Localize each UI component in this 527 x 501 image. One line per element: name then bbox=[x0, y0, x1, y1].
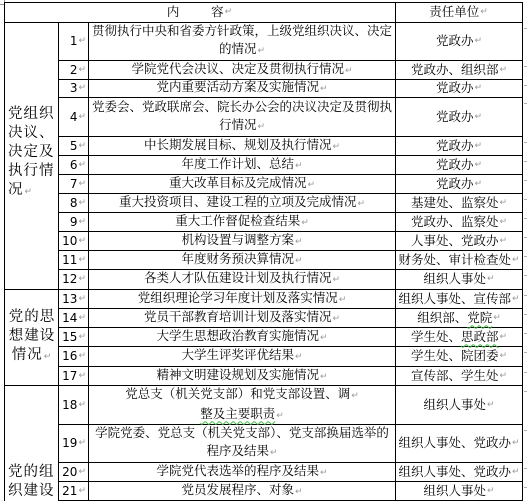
row-content: 大学生思想政治教育实施情况↵ bbox=[90, 327, 394, 346]
row-number-text: 6 bbox=[70, 156, 78, 174]
unit-text: 学生处、院团委 bbox=[411, 347, 499, 365]
content-text: 年度财务预决算情况 bbox=[181, 251, 294, 266]
paragraph-mark-icon: ↵ bbox=[295, 161, 303, 171]
content-text: 各类人才队伍建设计划及执行情况 bbox=[144, 270, 332, 285]
row-number: 2↵ bbox=[58, 60, 88, 79]
row-responsible-unit: 党政办↵ bbox=[396, 155, 522, 174]
row-responsible-unit: 党政办↵ bbox=[396, 22, 522, 60]
paragraph-mark-icon: ↵ bbox=[493, 309, 501, 327]
table-row: 3↵党内重要活动方案及实施情况↵党政办↵ bbox=[0, 79, 527, 97]
paragraph-mark-icon: ↵ bbox=[332, 275, 340, 285]
paragraph-mark-icon: ↵ bbox=[78, 270, 86, 288]
unit-text: 党政办、监察处 bbox=[411, 213, 499, 231]
row-content: 大学生评奖评优结果↵ bbox=[90, 346, 394, 366]
unit-text: 组织人事处 bbox=[423, 396, 486, 414]
table-row: 6↵年度工作计划、总结↵党政办↵ bbox=[0, 155, 527, 174]
unit-text: 党政办、组织部 bbox=[411, 61, 499, 79]
row-number-text: 9 bbox=[70, 213, 78, 231]
paragraph-mark-icon: ↵ bbox=[499, 213, 507, 231]
row-content: 党员干部教育培训计划及落实情况↵ bbox=[90, 308, 394, 327]
paragraph-mark-icon: ↵ bbox=[512, 290, 520, 308]
row-responsible-unit: 党政办、监察处↵ bbox=[396, 212, 522, 231]
paragraph-mark-icon: ↵ bbox=[499, 232, 507, 250]
unit-text: 党政办 bbox=[436, 32, 474, 50]
paragraph-mark-icon: ↵ bbox=[332, 314, 340, 324]
unit-text: 组织人事处、党政办 bbox=[398, 463, 511, 481]
paragraph-mark-icon: ↵ bbox=[276, 411, 284, 421]
paragraph-mark-icon: ↵ bbox=[78, 290, 86, 308]
paragraph-mark-icon: ↵ bbox=[78, 156, 86, 174]
row-number: 6↵ bbox=[58, 155, 88, 174]
paragraph-mark-icon: ↵ bbox=[320, 333, 328, 343]
row-content: 重大投资项目、建设工程的立项及完成情况↵ bbox=[90, 193, 394, 212]
row-content: 机构设置与调整方案↵ bbox=[90, 231, 394, 250]
row-number-text: 1 bbox=[70, 32, 78, 50]
row-number-text: 10 bbox=[62, 232, 77, 250]
row-responsible-unit: 学生处、院团委↵ bbox=[396, 346, 522, 366]
unit-text: 组织部、 bbox=[417, 309, 467, 327]
paragraph-mark-icon: ↵ bbox=[78, 463, 86, 481]
unit-text: 学生处、 bbox=[411, 328, 461, 346]
paragraph-mark-icon: ↵ bbox=[78, 175, 86, 193]
row-number-text: 13 bbox=[62, 290, 77, 308]
paragraph-mark-icon: ↵ bbox=[474, 32, 482, 50]
row-number: 7↵ bbox=[58, 174, 88, 193]
content-text: 大学生评奖评优结果 bbox=[181, 347, 294, 362]
row-number: 10↵ bbox=[58, 231, 88, 250]
row-responsible-unit: 人事处、党政办↵ bbox=[396, 231, 522, 250]
paragraph-mark-icon: ↵ bbox=[474, 175, 482, 193]
table-row: 8↵重大投资项目、建设工程的立项及完成情况↵基建处、监察处↵ bbox=[0, 193, 527, 212]
paragraph-mark-icon: ↵ bbox=[78, 367, 86, 385]
table-row: 19↵学院党委、党总支（机关党支部）、党支部换届选举的程序及结果↵组织人事处、党… bbox=[0, 424, 527, 462]
row-number: 1↵ bbox=[58, 22, 88, 60]
paragraph-mark-icon: ↵ bbox=[499, 328, 507, 346]
row-number: 8↵ bbox=[58, 193, 88, 212]
paragraph-mark-icon: ↵ bbox=[270, 448, 278, 458]
row-responsible-unit: 组织人事处、党政办↵ bbox=[396, 462, 522, 481]
row-number: 3↵ bbox=[58, 79, 88, 97]
paragraph-mark-icon: ↵ bbox=[351, 391, 359, 401]
row-content: 年度工作计划、总结↵ bbox=[90, 155, 394, 174]
header-unit: 责任单位↵ bbox=[395, 2, 522, 22]
unit-text-flagged: 党院 bbox=[467, 309, 492, 327]
unit-text: 宣传部、学生处 bbox=[411, 367, 499, 385]
content-text: 党委会、党政联席会、院长办公会的决议决定及贯彻执行情况 bbox=[92, 99, 392, 132]
header-content-label: 内 容 bbox=[167, 3, 224, 21]
row-number: 13↵ bbox=[58, 289, 88, 308]
paragraph-mark-icon: ↵ bbox=[78, 347, 86, 365]
row-number-text: 16 bbox=[62, 347, 77, 365]
row-number-text: 7 bbox=[70, 175, 78, 193]
row-number: 12↵ bbox=[58, 269, 88, 289]
row-responsible-unit: 组织人事处、党政办↵ bbox=[396, 424, 522, 462]
content-text: 重大改革目标及完成情况 bbox=[169, 175, 307, 190]
row-number-text: 17 bbox=[62, 367, 77, 385]
content-text: 重大工作督促检查结果 bbox=[175, 213, 300, 228]
paragraph-mark-icon: ↵ bbox=[225, 3, 233, 21]
paragraph-mark-icon: ↵ bbox=[512, 463, 520, 481]
content-line: 党总支（机关党支部）和党支部设置、调 bbox=[125, 386, 350, 401]
row-number-text: 8 bbox=[70, 194, 78, 212]
paragraph-mark-icon: ↵ bbox=[345, 66, 353, 76]
paragraph-mark-icon: ↵ bbox=[499, 61, 507, 79]
paragraph-mark-icon: ↵ bbox=[257, 122, 265, 132]
paragraph-mark-icon: ↵ bbox=[78, 137, 86, 155]
paragraph-mark-icon: ↵ bbox=[512, 251, 520, 269]
content-text: 贯彻执行中央和省委方针政策，上级党组织决议、决定的情况 bbox=[92, 23, 392, 56]
row-responsible-unit: 党政办↵ bbox=[396, 174, 522, 193]
unit-text: 组织人事处、党政办 bbox=[398, 434, 511, 452]
unit-text: 党政办 bbox=[436, 79, 474, 97]
unit-text-flagged: 思政部 bbox=[461, 328, 499, 346]
row-content: 党内重要活动方案及实施情况↵ bbox=[90, 79, 394, 97]
row-responsible-unit: 组织部、党院↵ bbox=[396, 308, 522, 327]
table-row: 4↵党委会、党政联席会、院长办公会的决议决定及贯彻执行情况↵党政办↵ bbox=[0, 97, 527, 136]
row-content: 党员发展程序、对象↵ bbox=[90, 481, 394, 500]
table-row: 5↵中长期发展目标、规划及执行情况↵党政办↵ bbox=[0, 136, 527, 155]
row-number: 16↵ bbox=[58, 346, 88, 366]
unit-text: 组织人事处 bbox=[423, 270, 486, 288]
table-row: 12↵各类人才队伍建设计划及执行情况↵组织人事处↵ bbox=[0, 269, 527, 289]
content-text: 学院党代会决议、决定及贯彻执行情况 bbox=[131, 61, 344, 76]
paragraph-mark-icon: ↵ bbox=[78, 396, 86, 414]
row-number: 4↵ bbox=[58, 97, 88, 136]
paragraph-mark-icon: ↵ bbox=[487, 482, 495, 500]
table-row: 2↵学院党代会决议、决定及贯彻执行情况↵党政办、组织部↵ bbox=[0, 60, 527, 79]
paragraph-mark-icon: ↵ bbox=[295, 237, 303, 247]
paragraph-mark-icon: ↵ bbox=[78, 194, 86, 212]
paragraph-mark-icon: ↵ bbox=[295, 256, 303, 266]
paragraph-mark-icon: ↵ bbox=[357, 199, 365, 209]
unit-text: 党政办 bbox=[436, 156, 474, 174]
table-row: 10↵机构设置与调整方案↵人事处、党政办↵ bbox=[0, 231, 527, 250]
unit-text: 党政办 bbox=[436, 175, 474, 193]
content-text: 年度工作计划、总结 bbox=[181, 156, 294, 171]
table-row: 9↵重大工作督促检查结果↵党政办、监察处↵ bbox=[0, 212, 527, 231]
paragraph-mark-icon: ↵ bbox=[499, 347, 507, 365]
unit-text: 财务处、审计检查处 bbox=[398, 251, 511, 269]
paragraph-mark-icon: ↵ bbox=[332, 142, 340, 152]
content-text: 重大投资项目、建设工程的立项及完成情况 bbox=[119, 194, 357, 209]
row-number-text: 12 bbox=[62, 270, 77, 288]
paragraph-mark-icon: ↵ bbox=[474, 108, 482, 126]
paragraph-mark-icon: ↵ bbox=[487, 270, 495, 288]
row-number: 15↵ bbox=[58, 327, 88, 346]
row-number-text: 5 bbox=[70, 137, 78, 155]
content-text: 机构设置与调整方案 bbox=[181, 232, 294, 247]
paragraph-mark-icon: ↵ bbox=[78, 232, 86, 250]
table-row: 16↵大学生评奖评优结果↵学生处、院团委↵ bbox=[0, 346, 527, 366]
table-row: 17↵精神文明建设规划及实施情况↵宣传部、学生处↵ bbox=[0, 366, 527, 385]
content-line: 学院党委、党总支（机关党支部）、党支部换届选举的 bbox=[95, 425, 389, 440]
row-content: 各类人才队伍建设计划及执行情况↵ bbox=[90, 269, 394, 289]
row-responsible-unit: 基建处、监察处↵ bbox=[396, 193, 522, 212]
row-number-text: 11 bbox=[62, 251, 77, 269]
row-number: 19↵ bbox=[58, 424, 88, 462]
content-text: 党员发展程序、对象 bbox=[181, 482, 294, 497]
paragraph-mark-icon: ↵ bbox=[499, 367, 507, 385]
paragraph-mark-icon: ↵ bbox=[78, 251, 86, 269]
paragraph-mark-icon: ↵ bbox=[295, 352, 303, 362]
row-number: 20↵ bbox=[58, 462, 88, 481]
table-row: 14↵党员干部教育培训计划及落实情况↵组织部、党院↵ bbox=[0, 308, 527, 327]
row-content: 年度财务预决算情况↵ bbox=[90, 250, 394, 269]
paragraph-mark-icon: ↵ bbox=[320, 372, 328, 382]
paragraph-mark-icon: ↵ bbox=[307, 180, 315, 190]
unit-text: 党政办 bbox=[436, 137, 474, 155]
unit-text: 基建处、监察处 bbox=[411, 194, 499, 212]
row-number-text: 19 bbox=[62, 434, 77, 452]
row-content: 重大工作督促检查结果↵ bbox=[90, 212, 394, 231]
paragraph-mark-icon: ↵ bbox=[474, 156, 482, 174]
row-number: 5↵ bbox=[58, 136, 88, 155]
row-number-text: 18 bbox=[62, 396, 77, 414]
unit-text: 组织人事处、宣传部 bbox=[398, 290, 511, 308]
paragraph-mark-icon: ↵ bbox=[320, 468, 328, 478]
paragraph-mark-icon: ↵ bbox=[499, 194, 507, 212]
row-responsible-unit: 组织人事处↵ bbox=[396, 269, 522, 289]
unit-text: 组织人事处 bbox=[423, 482, 486, 500]
paragraph-mark-icon: ↵ bbox=[512, 434, 520, 452]
disclosure-table-document: 内 容↵ 责任单位↵ 党组织 决议、 决定及 执行情 况↵ 党的思 想建设 情况… bbox=[0, 0, 527, 501]
paragraph-mark-icon: ↵ bbox=[301, 218, 309, 228]
paragraph-mark-icon: ↵ bbox=[320, 84, 328, 94]
row-responsible-unit: 党政办、组织部↵ bbox=[396, 60, 522, 79]
table-row: 13↵党组织理论学习年度计划及落实情况↵组织人事处、宣传部↵ bbox=[0, 289, 527, 308]
content-text: 大学生思想政治教育实施情况 bbox=[156, 328, 319, 343]
paragraph-mark-icon: ↵ bbox=[474, 137, 482, 155]
row-number-text: 2 bbox=[70, 61, 78, 79]
content-text: 精神文明建设规划及实施情况 bbox=[156, 367, 319, 382]
row-responsible-unit: 组织人事处、宣传部↵ bbox=[396, 289, 522, 308]
paragraph-mark-icon: ↵ bbox=[78, 61, 86, 79]
row-content: 党组织理论学习年度计划及落实情况↵ bbox=[90, 289, 394, 308]
row-content: 中长期发展目标、规划及执行情况↵ bbox=[90, 136, 394, 155]
row-content: 学院党代表选举的程序及结果↵ bbox=[90, 462, 394, 481]
row-number-text: 14 bbox=[62, 309, 77, 327]
paragraph-mark-icon: ↵ bbox=[78, 32, 86, 50]
content-line: 程序及结果 bbox=[206, 443, 269, 458]
content-text: 学院党代表选举的程序及结果 bbox=[156, 463, 319, 478]
row-responsible-unit: 组织人事处↵ bbox=[396, 481, 522, 500]
row-content: 贯彻执行中央和省委方针政策，上级党组织决议、决定的情况↵ bbox=[90, 22, 394, 60]
row-number: 11↵ bbox=[58, 250, 88, 269]
row-content: 党总支（机关党支部）和党支部设置、调↵整及主要职责↵ bbox=[90, 385, 394, 424]
table-row: 21↵党员发展程序、对象↵组织人事处↵ bbox=[0, 481, 527, 500]
row-number: 9↵ bbox=[58, 212, 88, 231]
table-row: 7↵重大改革目标及完成情况↵党政办↵ bbox=[0, 174, 527, 193]
row-content: 重大改革目标及完成情况↵ bbox=[90, 174, 394, 193]
row-responsible-unit: 学生处、思政部↵ bbox=[396, 327, 522, 346]
row-responsible-unit: 党政办↵ bbox=[396, 79, 522, 97]
paragraph-mark-icon: ↵ bbox=[78, 482, 86, 500]
row-number: 17↵ bbox=[58, 366, 88, 385]
row-content: 学院党委、党总支（机关党支部）、党支部换届选举的程序及结果↵ bbox=[90, 424, 394, 462]
content-text: 党员干部教育培训计划及落实情况 bbox=[144, 309, 332, 324]
row-number: 14↵ bbox=[58, 308, 88, 327]
paragraph-mark-icon: ↵ bbox=[78, 328, 86, 346]
row-number-text: 20 bbox=[62, 463, 77, 481]
content-text: 党组织理论学习年度计划及落实情况 bbox=[138, 290, 338, 305]
paragraph-mark-icon: ↵ bbox=[78, 108, 86, 126]
paragraph-mark-icon: ↵ bbox=[474, 79, 482, 97]
row-responsible-unit: 组织人事处↵ bbox=[396, 385, 522, 424]
row-responsible-unit: 宣传部、学生处↵ bbox=[396, 366, 522, 385]
row-number-text: 4 bbox=[70, 108, 78, 126]
paragraph-mark-icon: ↵ bbox=[339, 295, 347, 305]
content-text: 党内重要活动方案及实施情况 bbox=[156, 79, 319, 94]
row-responsible-unit: 党政办↵ bbox=[396, 97, 522, 136]
content-line: 整及主要职责 bbox=[200, 406, 275, 421]
unit-text: 党政办 bbox=[436, 108, 474, 126]
paragraph-mark-icon: ↵ bbox=[487, 396, 495, 414]
header-unit-label: 责任单位 bbox=[429, 3, 479, 21]
row-responsible-unit: 财务处、审计检查处↵ bbox=[396, 250, 522, 269]
table-row: 18↵党总支（机关党支部）和党支部设置、调↵整及主要职责↵组织人事处↵ bbox=[0, 385, 527, 424]
content-text: 中长期发展目标、规划及执行情况 bbox=[144, 137, 332, 152]
paragraph-mark-icon: ↵ bbox=[257, 46, 265, 56]
row-responsible-unit: 党政办↵ bbox=[396, 136, 522, 155]
row-number: 18↵ bbox=[58, 385, 88, 424]
row-number-text: 21 bbox=[62, 482, 77, 500]
row-number-text: 3 bbox=[70, 79, 78, 97]
header-content: 内 容↵ bbox=[4, 2, 395, 22]
table-row: 20↵学院党代表选举的程序及结果↵组织人事处、党政办↵ bbox=[0, 462, 527, 481]
paragraph-mark-icon: ↵ bbox=[78, 309, 86, 327]
row-content: 党委会、党政联席会、院长办公会的决议决定及贯彻执行情况↵ bbox=[90, 97, 394, 136]
row-content: 精神文明建设规划及实施情况↵ bbox=[90, 366, 394, 385]
paragraph-mark-icon: ↵ bbox=[295, 487, 303, 497]
paragraph-mark-icon: ↵ bbox=[480, 3, 488, 21]
table-row: 1↵贯彻执行中央和省委方针政策，上级党组织决议、决定的情况↵党政办↵ bbox=[0, 22, 527, 60]
row-number: 21↵ bbox=[58, 481, 88, 500]
paragraph-mark-icon: ↵ bbox=[78, 434, 86, 452]
table-row: 15↵大学生思想政治教育实施情况↵学生处、思政部↵ bbox=[0, 327, 527, 346]
row-content: 学院党代会决议、决定及贯彻执行情况↵ bbox=[90, 60, 394, 79]
table-row: 11↵年度财务预决算情况↵财务处、审计检查处↵ bbox=[0, 250, 527, 269]
paragraph-mark-icon: ↵ bbox=[78, 79, 86, 97]
row-number-text: 15 bbox=[62, 328, 77, 346]
paragraph-mark-icon: ↵ bbox=[78, 213, 86, 231]
unit-text: 人事处、党政办 bbox=[411, 232, 499, 250]
